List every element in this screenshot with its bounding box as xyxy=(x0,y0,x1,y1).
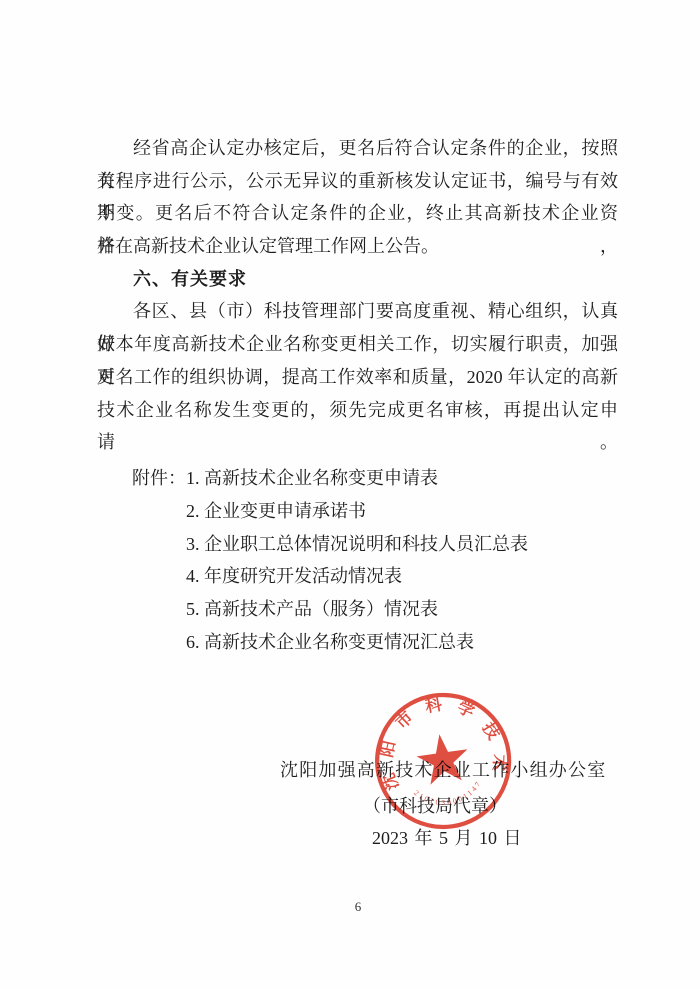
attachment-item-text: 1. 高新技术企业名称变更申请表 xyxy=(186,468,438,488)
official-seal: 沈阳市科学技术局 2101030001147 xyxy=(358,675,527,844)
attachment-item: 6. 高新技术企业名称变更情况汇总表 xyxy=(132,626,618,659)
svg-text:2101030001147: 2101030001147 xyxy=(411,778,485,811)
attachment-item: 2. 企业变更申请承诺书 xyxy=(132,495,618,528)
section-heading: 六、有关要求 xyxy=(97,263,618,296)
document-body: 经省高企认定办核定后，更名后符合认定条件的企业，按照有 关程序进行公示，公示无异… xyxy=(97,132,618,658)
paragraph-1-line: 关程序进行公示，公示无异议的重新核发认定证书，编号与有效期 xyxy=(97,165,618,198)
attachment-item: 附件：1. 高新技术企业名称变更申请表 xyxy=(132,462,618,495)
paragraph-2-line: 好本年度高新技术企业名称变更相关工作，切实履行职责，加强对 xyxy=(97,328,618,361)
document-page: 经省高企认定办核定后，更名后符合认定条件的企业，按照有 关程序进行公示，公示无异… xyxy=(0,0,700,989)
paragraph-2-line: 更名工作的组织协调，提高工作效率和质量，2020 年认定的高新 xyxy=(97,361,618,394)
seal-serial-number: 2101030001147 xyxy=(411,778,485,811)
attachment-item: 3. 企业职工总体情况说明和科技人员汇总表 xyxy=(132,528,618,561)
attachment-item: 5. 高新技术产品（服务）情况表 xyxy=(132,593,618,626)
attachment-item: 4. 年度研究开发活动情况表 xyxy=(132,560,618,593)
paragraph-1-line: 经省高企认定办核定后，更名后符合认定条件的企业，按照有 xyxy=(97,132,618,165)
paragraph-2-line: 技术企业名称发生变更的，须先完成更名审核，再提出认定申请。 xyxy=(97,394,618,427)
seal-star-icon xyxy=(414,731,472,786)
attachments-block: 附件：1. 高新技术企业名称变更申请表 2. 企业变更申请承诺书 3. 企业职工… xyxy=(132,462,618,658)
attachments-label: 附件： xyxy=(132,468,186,488)
paragraph-1-line: 不变。更名后不符合认定条件的企业，终止其高新技术企业资格， xyxy=(97,197,618,230)
paragraph-2-line: 各区、县（市）科技管理部门要高度重视、精心组织，认真做 xyxy=(97,295,618,328)
page-number: 6 xyxy=(0,899,700,915)
